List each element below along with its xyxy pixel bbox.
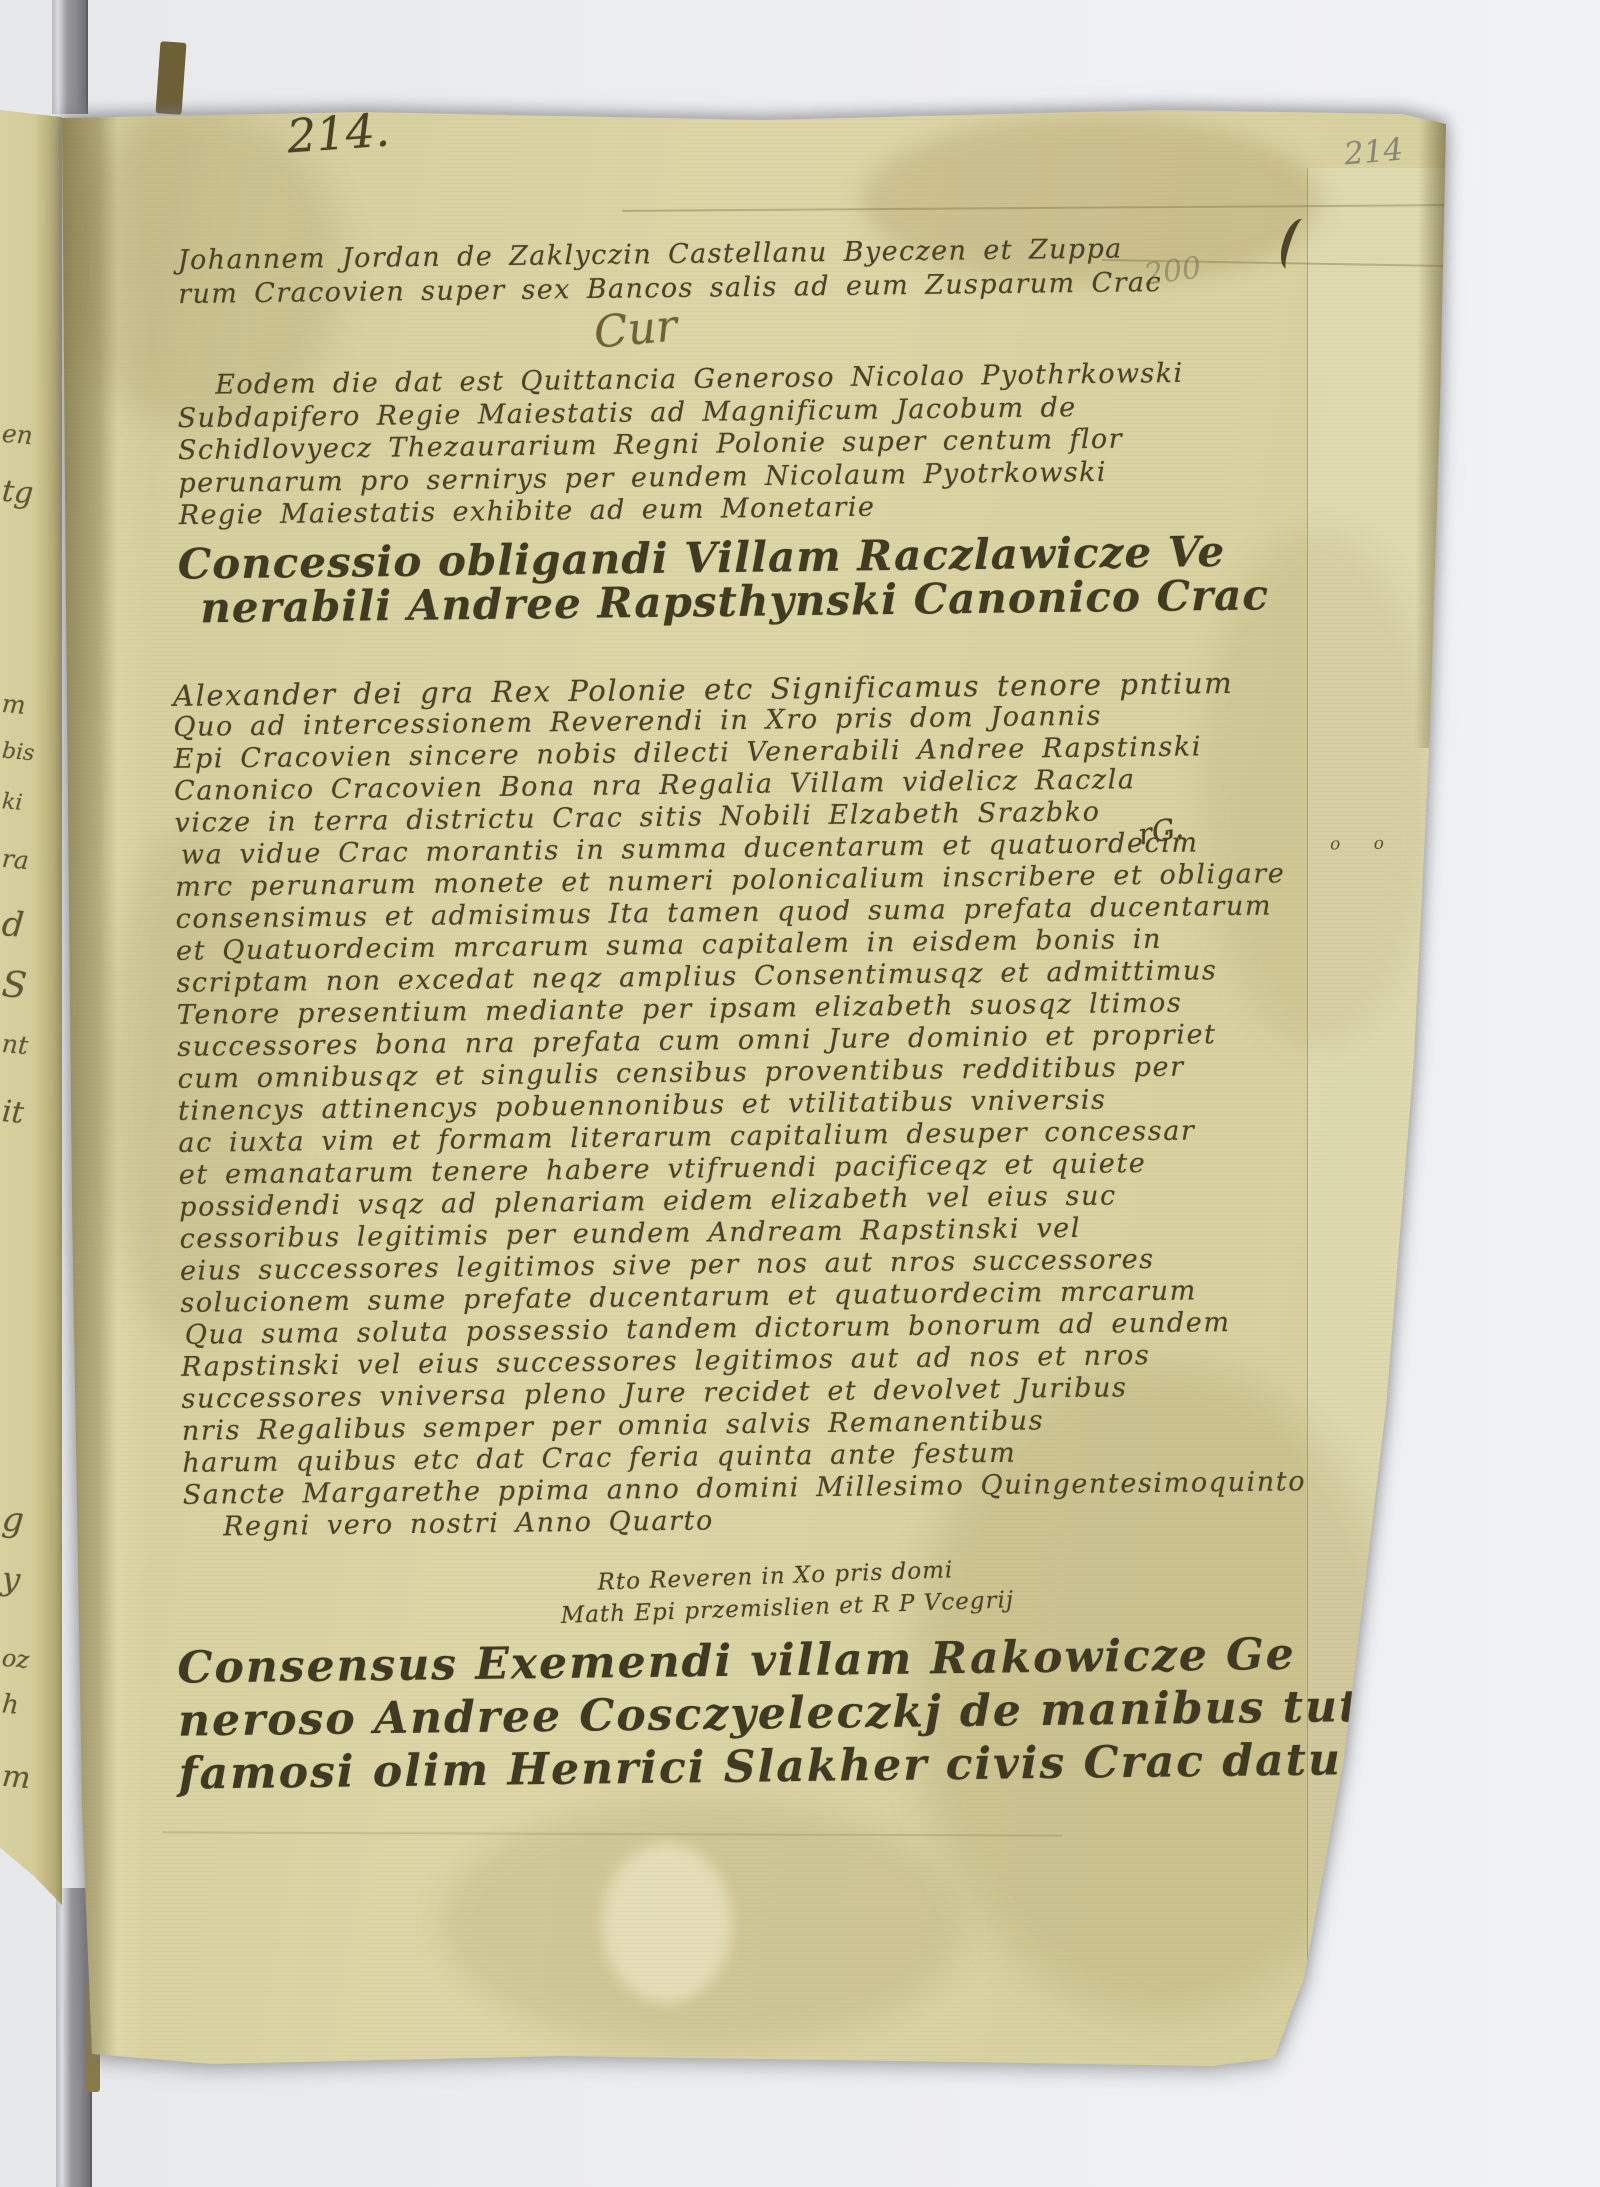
facing-page-sliver: en tg m bis ki ra d S nt it g y oz h m — [0, 110, 62, 1905]
scanner-clamp-top — [52, 0, 88, 114]
marginal-dots: o o — [1330, 834, 1398, 855]
cutoff-text-fragment: ki — [1, 789, 23, 816]
cutoff-text-fragment: y — [0, 1559, 21, 1598]
cutoff-text-fragment: S — [0, 964, 28, 1007]
cutoff-text-fragment: tg — [1, 474, 35, 512]
cutoff-text-fragment: oz — [1, 1644, 30, 1674]
gutter-shadow — [62, 108, 152, 2068]
cutoff-text-fragment: nt — [1, 1029, 30, 1060]
relatio-note: Rto Reveren in Xo pris domi Math Epi prz… — [559, 1552, 1015, 1632]
cutoff-text-fragment: d — [0, 904, 25, 946]
stain — [442, 1798, 962, 2048]
heading-line: nerabili Andree Rapsthynski Canonico Cra… — [200, 573, 1269, 630]
manuscript-page: 214. 214 200 Johannem Jordan de Zaklyczi… — [62, 108, 1448, 2068]
folio-number-pencil: 214 — [1343, 131, 1405, 172]
water-stain — [602, 1843, 732, 2003]
cutoff-text-fragment: g — [0, 1499, 25, 1541]
folio-number-ink: 214. — [285, 102, 391, 163]
crease-line — [162, 1831, 1062, 1836]
cutoff-text-fragment: bis — [1, 739, 35, 767]
cutoff-text-fragment: ra — [1, 844, 30, 875]
cutoff-text-fragment: m — [1, 1759, 32, 1796]
cutoff-text-fragment: it — [1, 1094, 26, 1131]
cutoff-text-fragment: h — [1, 1689, 20, 1720]
manuscript-page-wrap: 214. 214 200 Johannem Jordan de Zaklyczi… — [62, 108, 1448, 2068]
catchword: Cur — [592, 300, 679, 358]
heading-consensus: Consensus Exemendi villam Rakowicze Ge n… — [177, 1626, 1419, 1800]
cutoff-text-fragment: en — [1, 419, 34, 451]
torn-corner-fragment — [156, 41, 187, 115]
heading-concessio: Concessio obligandi Villam Raczlawicze V… — [178, 529, 1270, 630]
cutoff-text-fragment: m — [1, 689, 27, 720]
quittancia-entry: Eodem die dat est Quittancia Generoso Ni… — [177, 358, 1185, 533]
royal-charter-body: Alexander dei gra Rex Polonie etc Signif… — [173, 666, 1307, 1544]
